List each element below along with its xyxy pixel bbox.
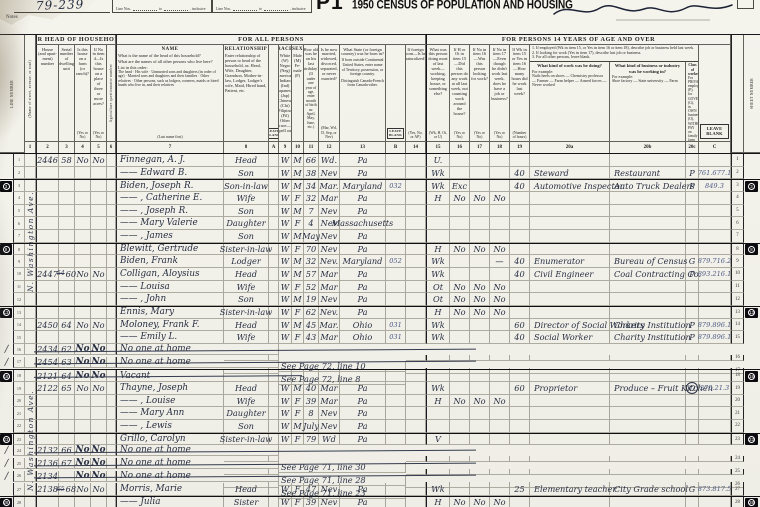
cell-A-15	[269, 331, 279, 344]
cell-hr-13	[510, 307, 530, 319]
cell-w17-21	[470, 407, 490, 420]
cell-hn-1: 2446	[36, 154, 59, 167]
cell-ra-28: W	[279, 497, 292, 507]
cell-lineL-24: 24	[13, 445, 25, 456]
cell-hr-20	[510, 395, 530, 408]
cell-n14-3	[406, 180, 426, 192]
acres-header-text: If No in item 4—Is this house on a place…	[92, 47, 105, 107]
cell-b-13	[386, 307, 406, 319]
relationship-title: RELATIONSHIP	[225, 47, 267, 53]
cell-ag-2: 38	[304, 167, 319, 180]
col-header-leave-blank-c: LEAVE BLANK	[699, 45, 731, 142]
census-row-22: 22—— , LewisSonWMJulyNevPa22	[0, 420, 760, 433]
cell-stampR-8: 8	[744, 244, 760, 256]
cell-w16-11: No	[450, 281, 470, 294]
cell-A-18	[269, 370, 279, 382]
cell-ra-7: W	[279, 230, 292, 243]
cell-ac-10: No	[91, 268, 107, 281]
cell-sn-20	[59, 395, 75, 408]
cell-w17-11: No	[470, 281, 490, 294]
cell-bp-5: Pa	[340, 205, 386, 218]
cell-rl-4: Wife	[224, 192, 269, 205]
cell-w17-5	[470, 205, 490, 218]
cell-stampL-14	[0, 319, 13, 332]
census-form-table: LINE NUMBER (Name of street, avenue, or …	[0, 34, 760, 507]
cell-n14-18	[406, 370, 426, 382]
cell-sn-8	[59, 244, 75, 256]
cell-w18-1	[490, 154, 510, 167]
cell-w18-13: No	[490, 307, 510, 319]
column-number-4: 4	[75, 142, 91, 153]
cell-cd-9: 879.716.2	[699, 255, 731, 268]
cell-oc-15: Social Worker	[530, 331, 610, 344]
cell-oc-27: Elementary teacher	[530, 483, 610, 496]
cell-cl-13	[686, 307, 699, 319]
cell-b-20	[386, 395, 406, 408]
cell-stampL-4	[0, 192, 13, 205]
cell-n14-6	[406, 217, 426, 230]
cell-stampR-13: 13	[744, 307, 760, 319]
looking-text: If No in item 16—Was this person looking…	[471, 47, 488, 82]
cell-w17-19	[470, 382, 490, 395]
cell-stampL-26: ∕	[0, 471, 13, 482]
cell-bp-28: Pa	[340, 497, 386, 507]
class-text: For PRIVATE employer (P), for GOVERNMENT…	[688, 76, 697, 142]
column-number-7: 7	[116, 142, 224, 153]
line-nos-field-2: Line Nos.to, inclusive	[212, 0, 312, 13]
cell-hn-20	[36, 395, 59, 408]
cell-mr-13: Nev.	[319, 307, 340, 319]
cell-w17-22	[470, 420, 490, 433]
cell-lineL-27: 27	[13, 483, 25, 496]
cell-oc-12	[530, 293, 610, 306]
cell-stampL-21	[0, 407, 13, 420]
cell-rl-9: Lodger	[224, 255, 269, 268]
cell-fm-7	[75, 230, 91, 243]
cell-ra-12: W	[279, 293, 292, 306]
cell-bp-10: Pa	[340, 268, 386, 281]
cell-hr-9: 40	[510, 255, 530, 268]
column-number-A: A	[269, 142, 279, 153]
cell-n14-28	[406, 497, 426, 507]
cell-fm-1: No	[75, 154, 91, 167]
col-header-agriculture-questionnaire: Agriculture questionnaire number	[107, 45, 116, 142]
cell-w15-28: H	[426, 497, 450, 507]
cell-hn-6	[36, 217, 59, 230]
cell-mr-15: Mar	[319, 331, 340, 344]
cell-lineR-8: 8	[731, 244, 744, 256]
cell-hn-10: 2447	[36, 268, 59, 281]
cell-sx-3: M	[292, 180, 304, 192]
leave-blank-b: LEAVE BLANK	[387, 128, 404, 139]
right-line-number-column-header	[731, 35, 744, 153]
cell-rl-14: Head	[224, 319, 269, 332]
cell-sx-21: F	[292, 407, 304, 420]
cell-cl-19: O	[686, 382, 699, 395]
cell-n14-12	[406, 293, 426, 306]
cell-ag-4: 32	[304, 192, 319, 205]
cell-agq-25	[107, 458, 116, 469]
cell-cd-2: 761.677.1	[699, 167, 731, 180]
cell-lineL-9: 9	[13, 255, 25, 268]
cell-lineR-3: 3	[731, 180, 744, 192]
cell-b-19	[386, 382, 406, 395]
column-number-B: B	[386, 142, 406, 153]
census-row-13: 1313Ennis, MarySister-in-lawWF62Nev.PaHN…	[0, 306, 760, 319]
cell-ind-27: City Grade school	[610, 483, 686, 496]
cell-ac-18: No	[91, 370, 107, 382]
cell-ag-22: July	[304, 420, 319, 433]
cell-w15-27: Wk	[426, 483, 450, 496]
cell-ac-11	[91, 281, 107, 294]
cell-street-18	[25, 370, 36, 382]
cell-w16-7	[450, 230, 470, 243]
cell-nm-7: —— , James	[116, 230, 224, 243]
cell-stampL-8: 8	[0, 244, 13, 256]
census-row-17: ∕17245463NoNoNo one at home17See Page 72…	[0, 357, 760, 370]
cell-lineL-15: 15	[13, 331, 25, 344]
cell-n14-19	[406, 382, 426, 395]
cell-fm-23	[75, 434, 91, 446]
cell-b-27	[386, 483, 406, 496]
cell-lineR-18: 18	[731, 370, 744, 382]
cell-stampR-4	[744, 192, 760, 205]
column-number-20b: 20b	[610, 142, 686, 153]
cell-fm-18: No	[75, 370, 91, 382]
cell-w16-28: No	[450, 497, 470, 507]
cell-rl-5: Son	[224, 205, 269, 218]
cell-stampL-13: 13	[0, 307, 13, 319]
cell-agq-10	[107, 268, 116, 281]
cell-w15-8: H	[426, 244, 450, 256]
cell-oc-18	[530, 370, 610, 382]
cell-lineL-1: 1	[13, 154, 25, 167]
cell-fm-2	[75, 167, 91, 180]
cell-sn-22	[59, 420, 75, 433]
col-header-activity: What was this person doing most of last …	[426, 45, 450, 142]
cell-rl-13: Sister-in-law	[224, 307, 269, 319]
cell-w15-20: H	[426, 395, 450, 408]
cell-cd-28	[699, 497, 731, 507]
cell-stampR-7	[744, 230, 760, 243]
inclusive-label: , inclusive	[290, 7, 306, 11]
naturalized-text: If foreign born—Is he naturalized?	[406, 47, 426, 62]
cell-n14-1	[406, 154, 426, 167]
cell-b-4	[386, 192, 406, 205]
cell-sx-28: F	[292, 497, 304, 507]
cell-cl-11	[686, 281, 699, 294]
cell-stampL-16: ∕	[0, 344, 13, 355]
cell-sn-26	[59, 471, 75, 482]
cell-w16-5	[450, 205, 470, 218]
cell-hr-8	[510, 244, 530, 256]
employment-notes-box: 1. If employed (Wk in item 15, or Yes in…	[530, 45, 698, 62]
cell-ind-5	[610, 205, 686, 218]
cell-street-16	[25, 344, 36, 355]
cell-lineR-12: 12	[731, 293, 744, 306]
cell-w18-5	[490, 205, 510, 218]
cell-mr-27: Nev	[319, 483, 340, 496]
cell-lineL-21: 21	[13, 407, 25, 420]
cell-w18-14	[490, 319, 510, 332]
cell-w16-13: No	[450, 307, 470, 319]
cell-hn-7	[36, 230, 59, 243]
col-header-serial: Serial number of dwelling unit	[59, 45, 75, 142]
cell-n14-7	[406, 230, 426, 243]
cell-ind-6	[610, 217, 686, 230]
census-row-6: 6—— Mary ValerieDaughterWF4NevMassachuse…	[0, 217, 760, 230]
cell-fm-5	[75, 205, 91, 218]
cell-b-14: 031	[386, 319, 406, 332]
cell-ind-4	[610, 192, 686, 205]
cell-bp-4: Pa	[340, 192, 386, 205]
cell-nm-18: Vacant	[116, 370, 224, 382]
cell-w15-15: Wk	[426, 331, 450, 344]
census-row-11: 11—— LouisaWifeWF52MarPaOtNoNoNo11	[0, 281, 760, 294]
cell-w15-19: Wk	[426, 382, 450, 395]
cell-w15-2: Wk	[426, 167, 450, 180]
cell-rl-8: Sister-in-law	[224, 244, 269, 256]
cell-agq-7	[107, 230, 116, 243]
cell-hr-23	[510, 434, 530, 446]
cell-ra-22: W	[279, 420, 292, 433]
cell-sn-1: 58	[59, 154, 75, 167]
cell-cl-22	[686, 420, 699, 433]
cell-mr-19: Mar	[319, 382, 340, 395]
cell-hn-8	[36, 244, 59, 256]
cell-ac-15	[91, 331, 107, 344]
cell-n14-4	[406, 192, 426, 205]
cell-sn-11	[59, 281, 75, 294]
cell-cd-19: 270.21.3	[699, 382, 731, 395]
sample-line-stamp: 13	[745, 308, 758, 319]
cell-fm-21	[75, 407, 91, 420]
occupation-industry-block: 1. If employed (Wk in item 15, or Yes in…	[530, 45, 699, 142]
cell-oc-1	[530, 154, 610, 167]
cell-sx-11: F	[292, 281, 304, 294]
cell-b-8	[386, 244, 406, 256]
col-header-naturalized: If foreign born—Is he naturalized?(Yes, …	[406, 45, 426, 142]
cell-agq-8	[107, 244, 116, 256]
cell-stampR-27	[744, 483, 760, 496]
leave-blank-c: LEAVE BLANK	[700, 124, 729, 139]
cell-A-7	[269, 230, 279, 243]
cell-lineR-20: 20	[731, 395, 744, 408]
cell-b-12	[386, 293, 406, 306]
cell-rl-20: Wife	[224, 395, 269, 408]
to-label: to	[259, 7, 262, 11]
cell-cl-18	[686, 370, 699, 382]
cell-ind-3: Auto Truck Dealers	[610, 180, 686, 192]
cell-ind-14: Charity Institution	[610, 319, 686, 332]
cell-lineR-1: 1	[731, 154, 744, 167]
col-header-leave-blank-a: LEAVE BLANK	[269, 45, 279, 142]
cell-stampL-23: 23	[0, 434, 13, 446]
cell-mr-21: Nev	[319, 407, 340, 420]
cell-lineR-7: 7	[731, 230, 744, 243]
cell-cl-1	[686, 154, 699, 167]
cell-agq-4	[107, 192, 116, 205]
census-row-23: 2323Grillo, CarolynSister-in-lawWF79WdPa…	[0, 433, 760, 446]
cell-oc-3: Automotive Inspector	[530, 180, 610, 192]
census-row-1: 1244658NoNoFinnegan, A. J.HeadWM66Wd.PaU…	[0, 154, 760, 167]
cell-cl-8	[686, 244, 699, 256]
cell-agq-2	[107, 167, 116, 180]
cell-hn-13	[36, 307, 59, 319]
cell-ra-3: W	[279, 180, 292, 192]
cell-n14-9	[406, 255, 426, 268]
col-header-acres: If No in item 4—Is this house on a place…	[91, 45, 107, 142]
cell-stampR-10	[744, 268, 760, 281]
cell-hr-2: 40	[510, 167, 530, 180]
cell-w18-27	[490, 483, 510, 496]
cell-w18-22	[490, 420, 510, 433]
cell-w17-6	[470, 217, 490, 230]
sample-line-stamp: 28	[745, 498, 758, 507]
cell-cd-8	[699, 244, 731, 256]
cell-hn-27: 2138	[36, 483, 59, 496]
cell-n14-8	[406, 244, 426, 256]
cell-n14-11	[406, 281, 426, 294]
cell-bp-9: Maryland	[340, 255, 386, 268]
cell-ac-23	[91, 434, 107, 446]
cell-lineL-28: 28	[13, 497, 25, 507]
cell-ind-8	[610, 244, 686, 256]
race-title: RACE	[279, 47, 292, 53]
cell-A-1	[269, 154, 279, 167]
cell-lineR-6: 6	[731, 217, 744, 230]
cell-w18-8: No	[490, 244, 510, 256]
census-row-21: 21—— Mary AnnDaughterWF8NevPa21	[0, 407, 760, 420]
cell-w17-23	[470, 434, 490, 446]
census-row-25: ∕25213667NoNoNo one at home25See Page 71…	[0, 458, 760, 471]
cell-hr-14: 60	[510, 319, 530, 332]
cell-hr-11	[510, 281, 530, 294]
cell-hn-2	[36, 167, 59, 180]
hours-hint: (Number of hours)	[511, 131, 528, 140]
ed-number-underline	[14, 12, 110, 13]
cell-ra-1: W	[279, 154, 292, 167]
cell-fm-3	[75, 180, 91, 192]
cell-cl-12	[686, 293, 699, 306]
line-number-vertical-label: LINE NUMBER	[10, 80, 14, 108]
cell-hr-12	[510, 293, 530, 306]
col-header-name: NAME What is the name of the head of thi…	[116, 45, 224, 142]
cell-w17-8: No	[470, 244, 490, 256]
cell-hr-28	[510, 497, 530, 507]
cell-mr-7: Nev	[319, 230, 340, 243]
enumerator-signature	[548, 0, 743, 25]
cell-rl-2: Son	[224, 167, 269, 180]
col-header-farm: Is this house on a farm (or ranch)?(Yes …	[75, 45, 91, 142]
cell-n14-2	[406, 167, 426, 180]
cell-lineR-2: 2	[731, 167, 744, 180]
cell-fm-28	[75, 497, 91, 507]
cell-cd-15: 879.896.1	[699, 331, 731, 344]
cell-b-2	[386, 167, 406, 180]
cell-lineR-13: 13	[731, 307, 744, 319]
cell-lineL-10: 10	[13, 268, 25, 281]
cell-agq-13	[107, 307, 116, 319]
cell-agq-18	[107, 370, 116, 382]
cell-sn-24: 66	[59, 445, 75, 456]
cell-cl-23	[686, 434, 699, 446]
cell-b-10	[386, 268, 406, 281]
cell-fm-14: No	[75, 319, 91, 332]
cell-ind-10: Coal Contracting Co.	[610, 268, 686, 281]
cell-cd-7	[699, 230, 731, 243]
cell-w17-7	[470, 230, 490, 243]
cell-cd-1	[699, 154, 731, 167]
dotted-line	[264, 7, 288, 11]
cell-lineL-13: 13	[13, 307, 25, 319]
cell-rl-3: Son-in-law	[224, 180, 269, 192]
cell-w15-11: Ot	[426, 281, 450, 294]
cell-cd-10: 893.216.1	[699, 268, 731, 281]
cell-sx-2: M	[292, 167, 304, 180]
cell-ac-5	[91, 205, 107, 218]
cell-stampR-22	[744, 420, 760, 433]
cell-hr-5	[510, 205, 530, 218]
cell-stampL-25: ∕	[0, 458, 13, 469]
cell-nm-5: —— , Joseph R.	[116, 205, 224, 218]
cell-agq-22	[107, 420, 116, 433]
cell-stampL-28: 28	[0, 497, 13, 507]
name-title: NAME	[162, 47, 179, 53]
col-header-marital: Is he now married, widowed, divorced, se…	[319, 45, 340, 142]
cell-agq-5	[107, 205, 116, 218]
cell-ind-12	[610, 293, 686, 306]
birthplace-note-2: Distinguish Canada-French from Canada-ot…	[341, 79, 384, 88]
cell-agq-27	[107, 483, 116, 496]
cell-cl-5	[686, 205, 699, 218]
cell-lineL-18: 18	[13, 370, 25, 382]
cell-bp-14: Ohio	[340, 319, 386, 332]
cell-n14-10	[406, 268, 426, 281]
cell-bp-1: Pa	[340, 154, 386, 167]
cell-ind-22	[610, 420, 686, 433]
cell-ind-11	[610, 281, 686, 294]
cell-oc-21	[530, 407, 610, 420]
street-column-header: (Name of street, avenue, or road)	[25, 35, 36, 142]
cell-w15-6	[426, 217, 450, 230]
cell-ac-21	[91, 407, 107, 420]
cell-nm-19: Thayne, Joseph	[116, 382, 224, 395]
cell-w17-4: No	[470, 192, 490, 205]
cell-bp-12: Pa	[340, 293, 386, 306]
cell-lineR-10: 10	[731, 268, 744, 281]
cell-ac-26: No	[91, 471, 107, 482]
cell-cd-11	[699, 281, 731, 294]
cell-w18-7	[490, 230, 510, 243]
cell-w16-23	[450, 434, 470, 446]
cell-n14-14	[406, 319, 426, 332]
serial-header-text: Serial number of dwelling unit	[59, 47, 74, 72]
cell-sx-1: M	[292, 154, 304, 167]
cell-w17-9	[470, 255, 490, 268]
cell-ra-5: W	[279, 205, 292, 218]
cell-hn-18: 2121	[36, 370, 59, 382]
cell-mr-14: Mar.	[319, 319, 340, 332]
cell-bp-3: Maryland	[340, 180, 386, 192]
cell-lineL-19: 19	[13, 382, 25, 395]
census-row-2: 2—— Edward B.SonWM38NevPaWk40StewardRest…	[0, 167, 760, 180]
cell-w16-3: Exc	[450, 180, 470, 192]
cell-n14-15	[406, 331, 426, 344]
industry-examples: Shoe factory — State university — Farm	[612, 79, 683, 84]
cell-nm-25: No one at home	[116, 458, 279, 469]
cell-w17-14	[470, 319, 490, 332]
